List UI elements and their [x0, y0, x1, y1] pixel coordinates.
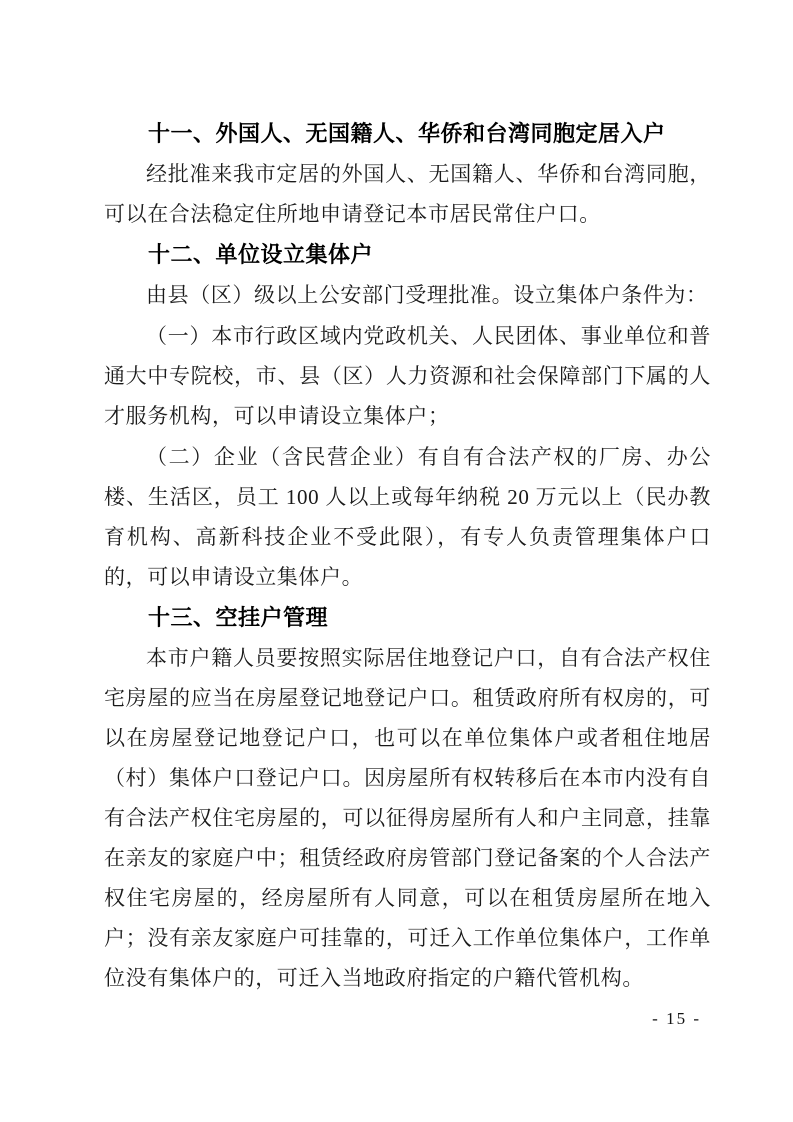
- paragraph: 本市户籍人员要按照实际居住地登记户口，自有合法产权住宅房屋的应当在房屋登记地登记…: [104, 638, 711, 998]
- paragraph: 由县（区）级以上公安部门受理批准。设立集体户条件为：: [104, 275, 711, 315]
- section-heading-11: 十一、外国人、无国籍人、华侨和台湾同胞定居入户: [104, 114, 711, 154]
- document-body: 十一、外国人、无国籍人、华侨和台湾同胞定居入户 经批准来我市定居的外国人、无国籍…: [104, 114, 711, 998]
- section-heading-12: 十二、单位设立集体户: [104, 235, 711, 275]
- section-heading-13: 十三、空挂户管理: [104, 598, 711, 638]
- paragraph: 经批准来我市定居的外国人、无国籍人、华侨和台湾同胞，可以在合法稳定住所地申请登记…: [104, 154, 711, 234]
- document-page: 十一、外国人、无国籍人、华侨和台湾同胞定居入户 经批准来我市定居的外国人、无国籍…: [0, 0, 793, 1122]
- paragraph: （二）企业（含民营企业）有自有合法产权的厂房、办公楼、生活区，员工 100 人以…: [104, 437, 711, 597]
- page-number: - 15 -: [652, 1006, 701, 1032]
- paragraph: （一）本市行政区域内党政机关、人民团体、事业单位和普通大中专院校，市、县（区）人…: [104, 316, 711, 436]
